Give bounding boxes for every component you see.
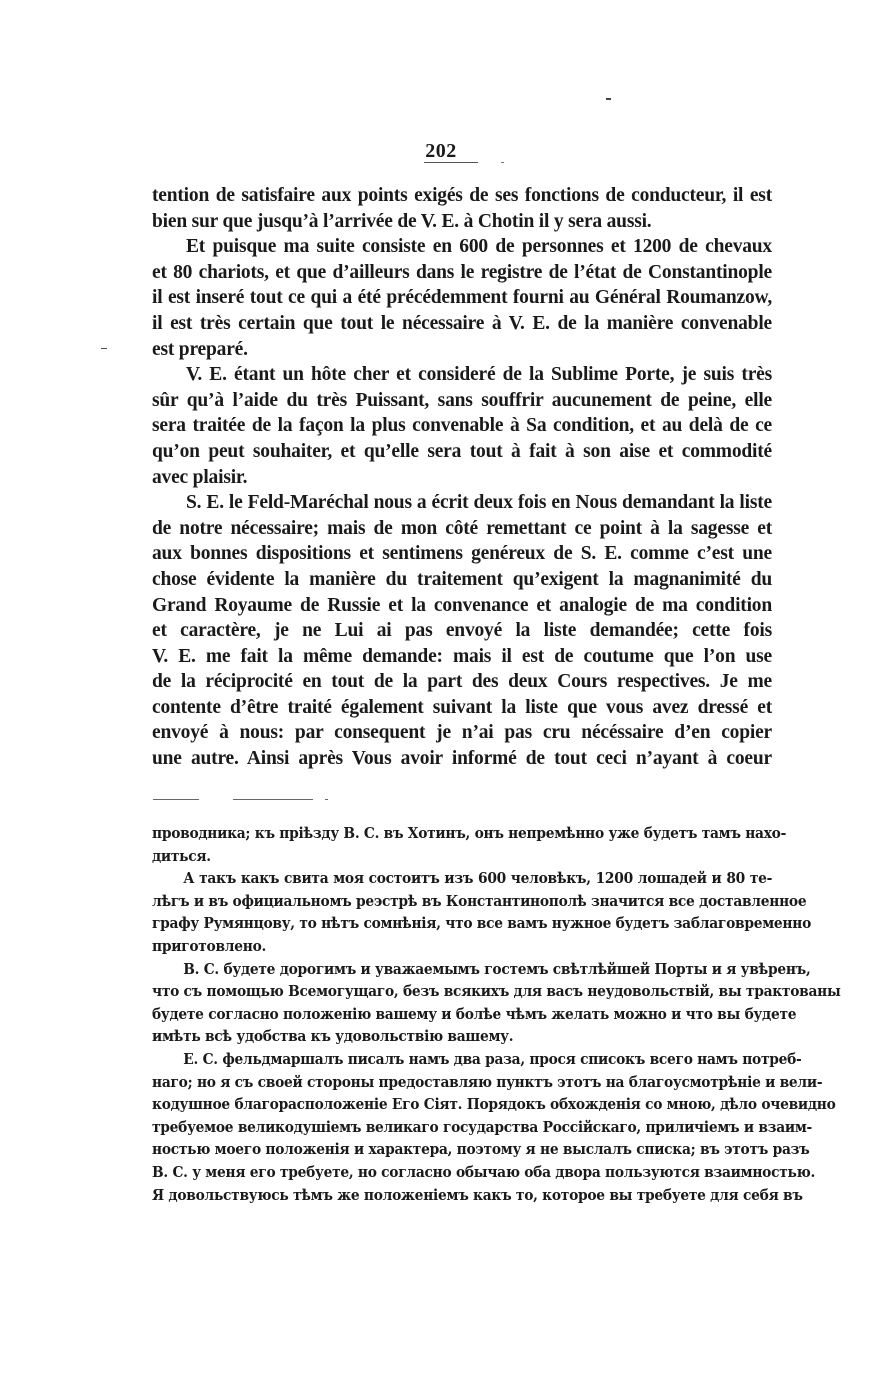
text-line: contente d’être traité également suivant… <box>152 695 772 721</box>
page-number: 202 <box>0 140 882 163</box>
text-line: chose évidente la manière du traitement … <box>152 567 772 593</box>
text-line: est preparé. <box>152 337 772 363</box>
separator-rule <box>153 799 199 800</box>
page-number-dot <box>501 162 504 163</box>
text-line: диться. <box>152 845 772 868</box>
text-line: что съ помощью Всемогущаго, безъ всякихъ… <box>152 980 772 1003</box>
text-line: А такъ какъ свита моя состоитъ изъ 600 ч… <box>152 867 772 890</box>
text-line: имѣть всѣ удобства къ удовольствію вашем… <box>152 1025 772 1048</box>
text-line: aux bonnes dispositions et sentimens gen… <box>152 541 772 567</box>
text-line: будете согласно положенію вашему и болѣе… <box>152 1003 772 1026</box>
separator-rule <box>325 799 328 800</box>
paragraph: tention de satisfaire aux points exigés … <box>152 183 772 234</box>
text-line: tention de satisfaire aux points exigés … <box>152 183 772 209</box>
scan-speck <box>606 98 611 100</box>
paragraph: А такъ какъ свита моя состоитъ изъ 600 ч… <box>152 867 772 957</box>
text-line: Et puisque ma suite consiste en 600 de p… <box>152 234 772 260</box>
paragraph: Et puisque ma suite consiste en 600 de p… <box>152 234 772 362</box>
text-line: V. E. me fait la même demande: mais il e… <box>152 644 772 670</box>
text-line: В. С. у меня его требуете, но согласно о… <box>152 1161 772 1184</box>
text-line: приготовлено. <box>152 935 772 958</box>
paragraph: проводника; къ пріѣзду В. С. въ Хотинъ, … <box>152 822 772 867</box>
text-line: une autre. Ainsi après Vous avoir inform… <box>152 746 772 772</box>
text-line: наго; но я съ своей стороны предоставляю… <box>152 1071 772 1094</box>
text-line: envoyé à nous: par consequent je n’ai pa… <box>152 720 772 746</box>
text-line: требуемое великодушіемъ великаго государ… <box>152 1116 772 1139</box>
text-line: de la réciprocité en tout de la part des… <box>152 669 772 695</box>
text-line: лѣгъ и въ официальномъ реэстрѣ въ Конста… <box>152 890 772 913</box>
russian-translation-text: проводника; къ пріѣзду В. С. въ Хотинъ, … <box>152 822 772 1206</box>
text-line: ностью моего положенія и характера, поэт… <box>152 1138 772 1161</box>
text-line: il est inseré tout ce qui a été précédem… <box>152 285 772 311</box>
french-body-text: tention de satisfaire aux points exigés … <box>152 183 772 772</box>
margin-mark <box>101 348 107 349</box>
text-line: avec plaisir. <box>152 465 772 491</box>
text-line: sûr qu’à l’aide du très Puissant, sans s… <box>152 388 772 414</box>
paragraph: V. E. étant un hôte cher et consideré de… <box>152 362 772 490</box>
text-line: графу Румянцову, то нѣтъ сомнѣнія, что в… <box>152 912 772 935</box>
text-line: V. E. étant un hôte cher et consideré de… <box>152 362 772 388</box>
text-line: Е. С. фельдмаршалъ писалъ намъ два раза,… <box>152 1048 772 1071</box>
paragraph: S. E. le Feld-Maréchal nous a écrit deux… <box>152 490 772 772</box>
text-line: qu’on peut souhaiter, et qu’elle sera to… <box>152 439 772 465</box>
text-line: il est très certain que tout le nécessai… <box>152 311 772 337</box>
page-number-rule <box>424 162 478 163</box>
text-line: et caractère, je ne Lui ai pas envoyé la… <box>152 618 772 644</box>
text-line: bien sur que jusqu’à l’arrivée de V. E. … <box>152 209 772 235</box>
separator-rule <box>233 799 313 800</box>
text-line: et 80 chariots, et que d’ailleurs dans l… <box>152 260 772 286</box>
text-line: Grand Royaume de Russie et la convenance… <box>152 593 772 619</box>
text-line: кодушное благорасположеніе Его Сіят. Пор… <box>152 1093 772 1116</box>
text-line: проводника; къ пріѣзду В. С. въ Хотинъ, … <box>152 822 772 845</box>
text-line: de notre nécessaire; mais de mon côté re… <box>152 516 772 542</box>
paragraph: В. С. будете дорогимъ и уважаемымъ госте… <box>152 958 772 1048</box>
text-line: Я довольствуюсь тѣмъ же положеніемъ какъ… <box>152 1184 772 1207</box>
text-line: sera traitée de la façon la plus convena… <box>152 413 772 439</box>
text-line: S. E. le Feld-Maréchal nous a écrit deux… <box>152 490 772 516</box>
paragraph: Е. С. фельдмаршалъ писалъ намъ два раза,… <box>152 1048 772 1206</box>
text-line: В. С. будете дорогимъ и уважаемымъ госте… <box>152 958 772 981</box>
